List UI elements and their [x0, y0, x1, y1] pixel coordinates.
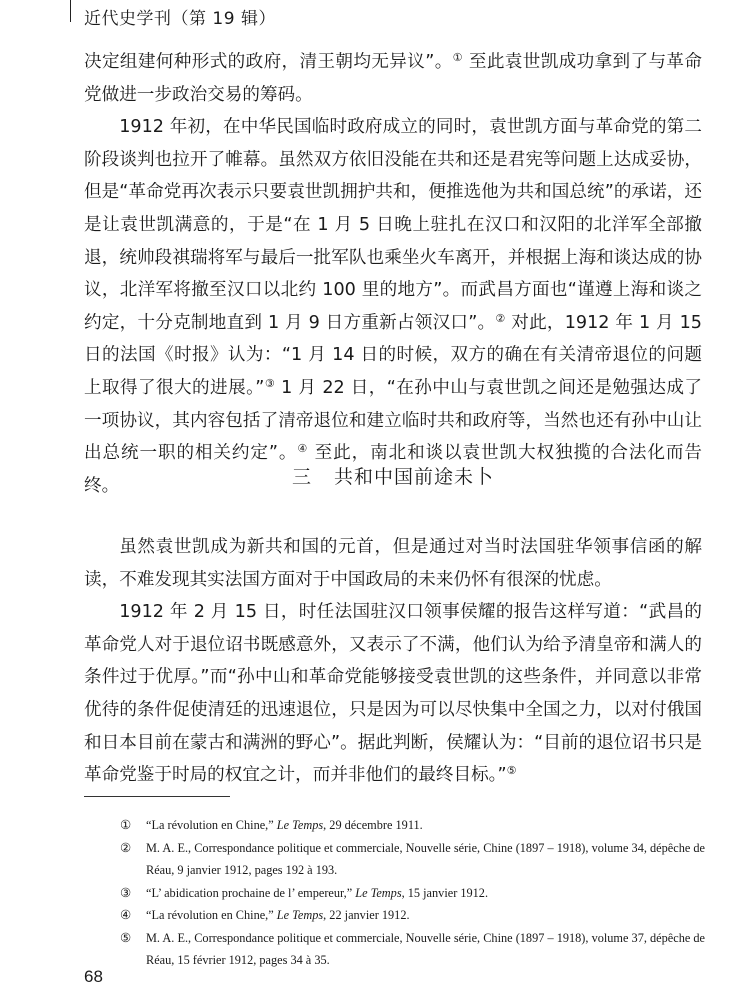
footnote-text-before: M. A. E., Correspondance politique et co…	[146, 931, 705, 968]
paragraph: 1912 年初，在中华民国临时政府成立的同时，袁世凯方面与革命党的第二阶段谈判也…	[84, 111, 702, 502]
footnote-text-after: , 22 janvier 1912.	[323, 908, 409, 922]
footnote-mark: ③	[120, 882, 146, 905]
footnote-item: ⑤M. A. E., Correspondance politique et c…	[120, 927, 705, 972]
footnote-periodical: Le Temps	[355, 886, 401, 900]
footnote-periodical: Le Temps	[277, 908, 323, 922]
footnote-separator	[84, 796, 230, 797]
page-number: 68	[84, 967, 103, 987]
running-head: 近代史学刊（第 19 辑）	[84, 4, 276, 29]
section-2-body: 虽然袁世凯成为新共和国的元首，但是通过对当时法国驻华领事信函的解读，不难发现其实…	[84, 531, 702, 792]
footnote-item: ④“La révolution en Chine,” Le Temps, 22 …	[120, 904, 705, 927]
footnote-item: ①“La révolution en Chine,” Le Temps, 29 …	[120, 814, 705, 837]
footnote-text-after: , 15 janvier 1912.	[402, 886, 488, 900]
footnotes: ①“La révolution en Chine,” Le Temps, 29 …	[120, 814, 705, 972]
section-1-body: 决定组建何种形式的政府，清王朝均无异议”。① 至此袁世凯成功拿到了与革命党做进一…	[84, 46, 702, 502]
footnote-mark: ①	[120, 814, 146, 837]
footnote-ref[interactable]: ③	[264, 377, 275, 390]
footnote-periodical: Le Temps	[277, 818, 323, 832]
footnote-ref[interactable]: ①	[453, 51, 463, 64]
paragraph: 决定组建何种形式的政府，清王朝均无异议”。① 至此袁世凯成功拿到了与革命党做进一…	[84, 46, 702, 111]
footnote-mark: ⑤	[120, 927, 146, 972]
footnote-text: “L’ abidication prochaine de l’ empereur…	[146, 882, 705, 905]
footnote-text: “La révolution en Chine,” Le Temps, 22 j…	[146, 904, 705, 927]
footnote-mark: ②	[120, 837, 146, 882]
paragraph: 1912 年 2 月 15 日，时任法国驻汉口领事侯耀的报告这样写道：“武昌的革…	[84, 596, 702, 792]
footnote-text-before: M. A. E., Correspondance politique et co…	[146, 841, 705, 878]
section-number: 三	[292, 466, 312, 488]
footnote-text: M. A. E., Correspondance politique et co…	[146, 837, 705, 882]
footnote-ref[interactable]: ④	[297, 442, 308, 455]
paragraph-text: 虽然袁世凯成为新共和国的元首，但是通过对当时法国驻华领事信函的解读，不难发现其实…	[84, 537, 702, 590]
footnote-text-after: , 29 décembre 1911.	[323, 818, 423, 832]
footnote-ref[interactable]: ②	[495, 312, 505, 325]
section-heading: 三共和中国前途未卜	[84, 462, 702, 489]
section-title: 共和中国前途未卜	[334, 466, 494, 488]
footnote-text-before: “L’ abidication prochaine de l’ empereur…	[146, 886, 355, 900]
footnote-text: M. A. E., Correspondance politique et co…	[146, 927, 705, 972]
footnote-mark: ④	[120, 904, 146, 927]
footnote-ref[interactable]: ⑤	[507, 764, 517, 777]
paragraph-text: 1912 年 2 月 15 日，时任法国驻汉口领事侯耀的报告这样写道：“武昌的革…	[84, 602, 702, 785]
paragraph-text: 1912 年初，在中华民国临时政府成立的同时，袁世凯方面与革命党的第二阶段谈判也…	[84, 117, 702, 333]
footnote-item: ②M. A. E., Correspondance politique et c…	[120, 837, 705, 882]
footnote-text-before: “La révolution en Chine,”	[146, 908, 277, 922]
footnote-item: ③“L’ abidication prochaine de l’ empereu…	[120, 882, 705, 905]
paragraph-text: 决定组建何种形式的政府，清王朝均无异议”。	[84, 52, 453, 72]
footnote-text-before: “La révolution en Chine,”	[146, 818, 277, 832]
header-rule	[70, 0, 71, 22]
paragraph: 虽然袁世凯成为新共和国的元首，但是通过对当时法国驻华领事信函的解读，不难发现其实…	[84, 531, 702, 596]
footnote-text: “La révolution en Chine,” Le Temps, 29 d…	[146, 814, 705, 837]
